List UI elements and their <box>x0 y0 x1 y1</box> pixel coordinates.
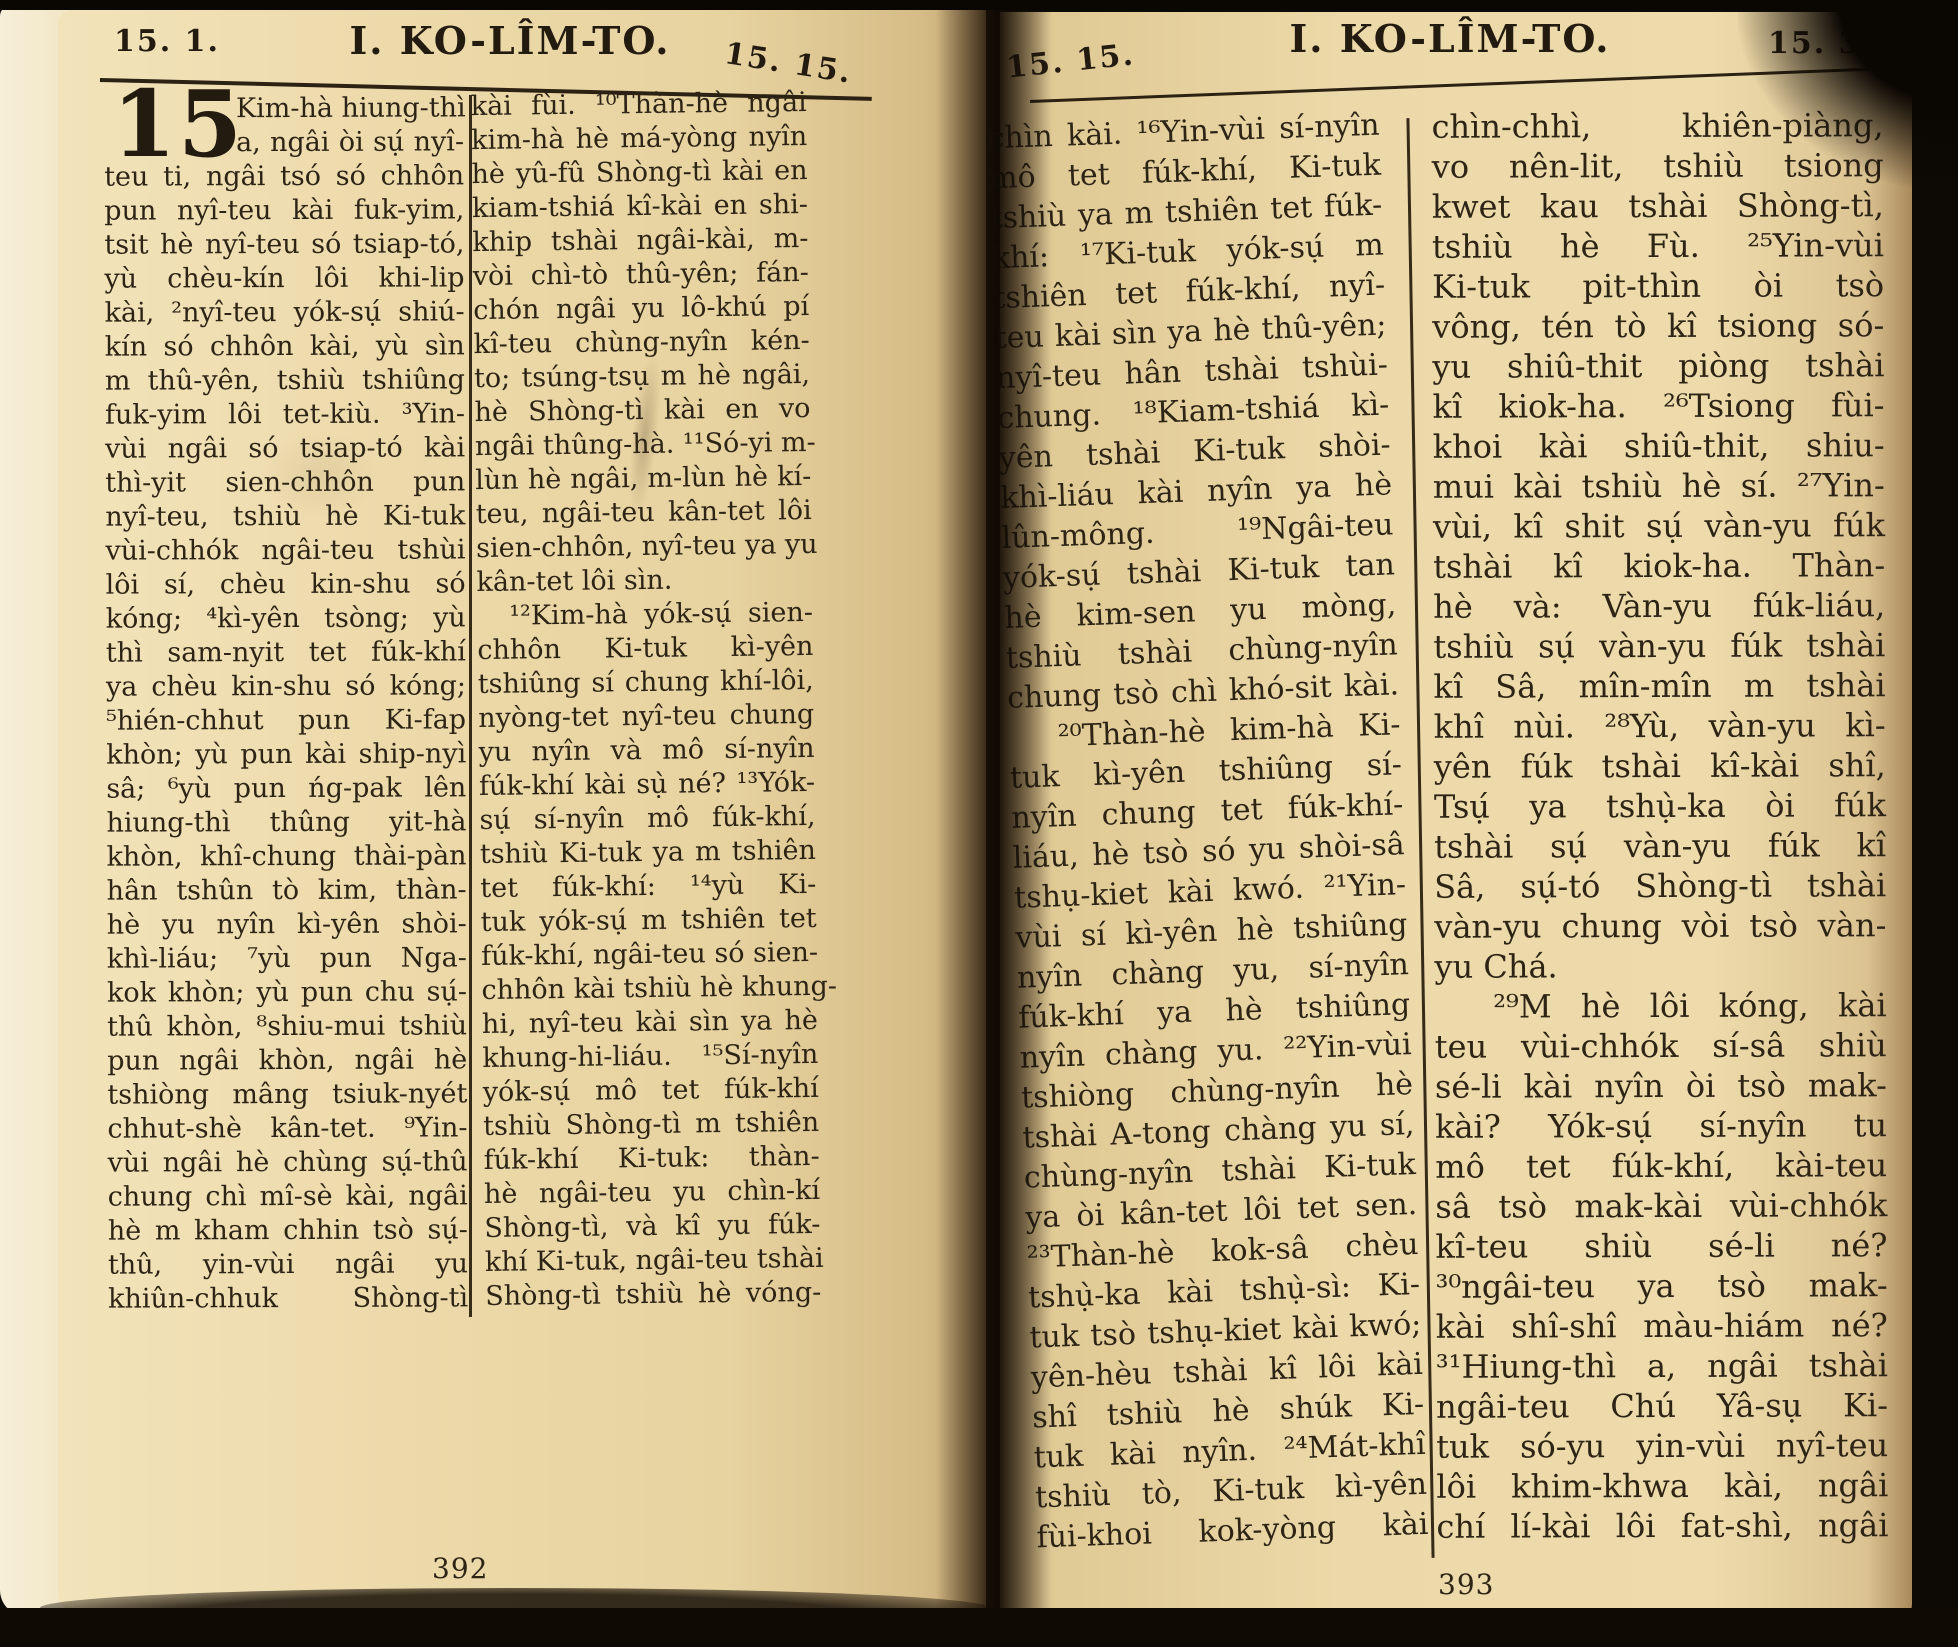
text-line: tshiù Ki-tuk ya m tshiên <box>480 834 816 872</box>
text-line: hân tshûn tò kim, thàn- <box>107 873 467 908</box>
text-line: ³¹Hiung-thì a, ngâi tshài <box>1436 1345 1888 1387</box>
text-line: ⁵hién-chhut pun Ki-fap <box>106 703 466 738</box>
text-line: yu nyîn và mô sí-nyîn <box>478 732 814 770</box>
text-line: teu, ngâi-teu kân-tet lôi <box>476 494 812 532</box>
text-line: kài? Yók-sụ́ sí-nyîn tu <box>1435 1105 1887 1147</box>
text-line: kóng; ⁴kì-yên tsòng; yù <box>106 601 466 636</box>
text-line: ¹²Kim-hà yók-sụ́ sien- <box>477 596 813 634</box>
text-line: ngâi thûng-hà. ¹¹Só-yi m- <box>475 426 811 464</box>
book-scan: 15. 1. I. KO-LÎM-TO. 15. 15. 15 Kim-hà h… <box>0 0 1958 1647</box>
text-line: hè m kham chhin tsò sụ́- <box>108 1213 468 1248</box>
text-line: thû, yin-vùi ngâi yu <box>108 1247 468 1282</box>
text-line: khí Ki-tuk, ngâi-teu tshài <box>485 1242 821 1280</box>
text-line: ²⁹M hè lôi kóng, kài <box>1435 985 1887 1027</box>
text-line: ngâi-teu Chú Yâ-sụ Ki- <box>1436 1385 1888 1427</box>
text-line: m thû-yên, tshiù tshiûng <box>105 363 465 398</box>
text-line: Kim-hà hiung-thì <box>104 91 464 126</box>
text-line: fuk-yim lôi tet-kiù. ³Yin- <box>105 397 465 432</box>
text-line: tshài sụ́ vàn-yu fúk kî <box>1434 825 1886 867</box>
text-line: Shòng-tì, và kî yu fúk- <box>484 1208 820 1246</box>
text-line: hè Shòng-tì kài en vo <box>474 392 810 430</box>
text-line: khiûn-chhuk Shòng-tì <box>108 1281 468 1316</box>
text-line: chón ngâi yu lô-khú pí <box>473 290 809 328</box>
left-column-divider <box>469 95 472 1317</box>
text-line: fúk-khí kài sụ̀ né? ¹³Yók- <box>479 766 815 804</box>
left-header-chapter-verse: 15. 1. <box>114 24 220 59</box>
text-line: sien-chhôn, nyî-teu ya yu <box>476 528 812 566</box>
text-line: yu shiû-thit piòng tshài <box>1432 345 1884 387</box>
text-line: kiam-tshiá kî-kài en shi- <box>472 188 808 226</box>
text-line: tet fúk-khí: ¹⁴yù Ki- <box>480 868 816 906</box>
text-line: kài, ²nyî-teu yók-sụ́ shiú- <box>105 295 465 330</box>
text-line: tshiù Shòng-tì m tshiên <box>483 1106 819 1144</box>
text-line: a, ngâi òi sụ́ nyî- <box>104 125 464 160</box>
text-line: tshiù sụ́ vàn-yu fúk tshài <box>1433 625 1885 667</box>
text-line: yók-sụ́ mô tet fúk-khí <box>483 1072 819 1110</box>
text-line: khî nùi. ²⁸Yù, vàn-yu kì- <box>1434 705 1886 747</box>
text-line: tsit hè nyî-teu só tsiap-tó, <box>104 227 464 262</box>
text-line: hè yû-fû Shòng-tì kài en <box>471 154 807 192</box>
text-line: thì sam-nyit tet fúk-khí <box>106 635 466 670</box>
text-line: khòn, khî-chung thài-pàn <box>106 839 466 874</box>
text-line: khoi kài shiû-thit, shiu- <box>1433 425 1885 467</box>
text-line: tshiòng mâng tsiuk-nyét <box>107 1077 467 1112</box>
text-line: kim-hà hè má-yòng nyîn <box>471 120 807 158</box>
column-4: chìn-chhì, khiên-piàng,vo nên-lit, tshiù… <box>1431 105 1888 1547</box>
text-line: Shòng-tì tshiù hè vóng- <box>485 1276 821 1314</box>
text-line: sâ tsò mak-kài vùi-chhók <box>1435 1185 1887 1227</box>
text-line: teu ti, ngâi tsó só chhôn <box>104 159 464 194</box>
text-line: ³⁰ngâi-teu ya tsò mak- <box>1436 1265 1888 1307</box>
text-line: Ki-tuk pit-thìn òi tsò <box>1432 265 1884 307</box>
text-line: chhôn Ki-tuk kì-yên <box>477 630 813 668</box>
text-line: kân-tet lôi sìn. <box>476 562 812 600</box>
text-line: yên fúk tshài kî-kài shî, <box>1434 745 1886 787</box>
text-line: chhôn kài tshiù hè khung- <box>481 970 817 1008</box>
text-line: kok khòn; yù pun chu sụ́- <box>107 975 467 1010</box>
text-line: vòi chì-tò thû-yên; fán- <box>473 256 809 294</box>
text-line: lôi sí, chèu kin-shu só <box>106 567 466 602</box>
text-line: to; tsúng-tsụ m hè ngâi, <box>474 358 810 396</box>
text-line: tuk yók-sụ́ m tshiên tet <box>481 902 817 940</box>
text-line: chhut-shè kân-tet. ⁹Yin- <box>107 1111 467 1146</box>
photo-bottom-edge <box>0 1608 1958 1647</box>
text-line: kî Sâ, mîn-mîn m tshài <box>1433 665 1885 707</box>
text-line: vùi, kî shit sụ́ vàn-yu fúk <box>1433 505 1885 547</box>
text-line: fúk-khí, ngâi-teu só sien- <box>481 936 817 974</box>
text-line: tshiù hè Fù. ²⁵Yin-vùi <box>1432 225 1884 267</box>
text-line: fúk-khí Ki-tuk: thàn- <box>483 1140 819 1178</box>
text-line: tshài kî kiok-ha. Thàn- <box>1433 545 1885 587</box>
text-line: chí lí-kài lôi fat-shì, ngâi <box>1436 1505 1888 1547</box>
text-line: ya chèu kin-shu só kóng; <box>106 669 466 704</box>
text-line: vông, tén tò kî tsiong só- <box>1432 305 1884 347</box>
text-line: thû khòn, ⁸shiu-mui tshiù <box>107 1009 467 1044</box>
text-line: khung-hi-liáu. ¹⁵Sí-nyîn <box>482 1038 818 1076</box>
text-line: teu vùi-chhók sí-sâ shiù <box>1435 1025 1887 1067</box>
column-1: Kim-hà hiung-thìa, ngâi òi sụ́ nyî-teu t… <box>104 91 468 1316</box>
text-line: vùi-chhók ngâi-teu tshùi <box>105 533 465 568</box>
text-line: hè ngâi-teu yu chìn-kí <box>484 1174 820 1212</box>
text-line: thì-yit sien-chhôn pun <box>105 465 465 500</box>
text-line: kài shî-shî màu-hiám né? <box>1436 1305 1888 1347</box>
text-line: kî kiok-ha. ²⁶Tsiong fùi- <box>1432 385 1884 427</box>
text-line: vàn-yu chung vòi tsò vàn- <box>1434 905 1886 947</box>
text-line: Tsụ́ ya tshụ̀-ka òi fúk <box>1434 785 1886 827</box>
right-page-number: 393 <box>1438 1568 1494 1601</box>
text-line: pun nyî-teu kài fuk-yim, <box>104 193 464 228</box>
text-line: yu Chá. <box>1434 945 1886 987</box>
text-line: chung chì mî-sè kài, ngâi <box>108 1179 468 1214</box>
text-line: hè yu nyîn kì-yên shòi- <box>107 907 467 942</box>
book-spine-shadow <box>936 0 1052 1647</box>
text-line: sâ; ⁶yù pun ńg-pak lên <box>106 771 466 806</box>
text-line: yù chèu-kín lôi khi-lip <box>104 261 464 296</box>
column-3: chìn kài. ¹⁶Yin-vùi sí-nyînmô tet fúk-kh… <box>987 106 1429 1559</box>
text-line: kín só chhôn kài, yù sìn <box>105 329 465 364</box>
text-line: lùn hè ngâi, m-lùn hè kí- <box>475 460 811 498</box>
text-line: kî-teu shiù sé-li né? <box>1435 1225 1887 1267</box>
text-line: kài fùi. ¹⁰Thàn-hè ngâi <box>471 86 807 124</box>
text-line: khòn; yù pun kài ship-nyì <box>106 737 466 772</box>
column-2: kài fùi. ¹⁰Thàn-hè ngâikim-hà hè má-yòng… <box>471 86 822 1314</box>
text-line: sé-li kài nyîn òi tsò mak- <box>1435 1065 1887 1107</box>
text-line: khì-liáu; ⁷yù pun Nga- <box>107 941 467 976</box>
text-line: vùi ngâi hè chùng sụ́-thû <box>108 1145 468 1180</box>
text-line: kî-teu chùng-nyîn kén- <box>473 324 809 362</box>
right-header-book-title: I. KO-LÎM-TO. <box>1240 16 1660 61</box>
text-line: hiung-thì thûng yit-hà <box>106 805 466 840</box>
text-line: mui kài tshiù hè sí. ²⁷Yin- <box>1433 465 1885 507</box>
text-line: tuk só-yu yin-vùi nyî-teu <box>1436 1425 1888 1467</box>
text-line: tshiûng sí chung khí-lôi, <box>478 664 814 702</box>
left-header-book-title: I. KO-LÎM-TO. <box>300 18 720 63</box>
text-line: Sâ, sụ́-tó Shòng-tì tshài <box>1434 865 1886 907</box>
left-page-number: 392 <box>432 1552 488 1585</box>
text-line: mô tet fúk-khí, kài-teu <box>1435 1145 1887 1187</box>
text-line: hè và: Vàn-yu fúk-liáu, <box>1433 585 1885 627</box>
text-line: pun ngâi khòn, ngâi hè <box>107 1043 467 1078</box>
text-line: hi, nyî-teu kài sìn ya hè <box>482 1004 818 1042</box>
text-line: nyòng-tet nyî-teu chung <box>478 698 814 736</box>
text-line: khip tshài ngâi-kài, m- <box>472 222 808 260</box>
text-line: vùi ngâi só tsiap-tó kài <box>105 431 465 466</box>
text-line: nyî-teu, tshiù hè Ki-tuk <box>105 499 465 534</box>
photo-top-edge <box>0 0 1958 10</box>
text-line: sụ́ sí-nyîn mô fúk-khí, <box>479 800 815 838</box>
text-line: kwet kau tshài Shòng-tì, <box>1432 185 1884 227</box>
text-line: lôi khim-khwa kài, ngâi <box>1436 1465 1888 1507</box>
photo-top-right-shadow <box>1738 0 1958 190</box>
